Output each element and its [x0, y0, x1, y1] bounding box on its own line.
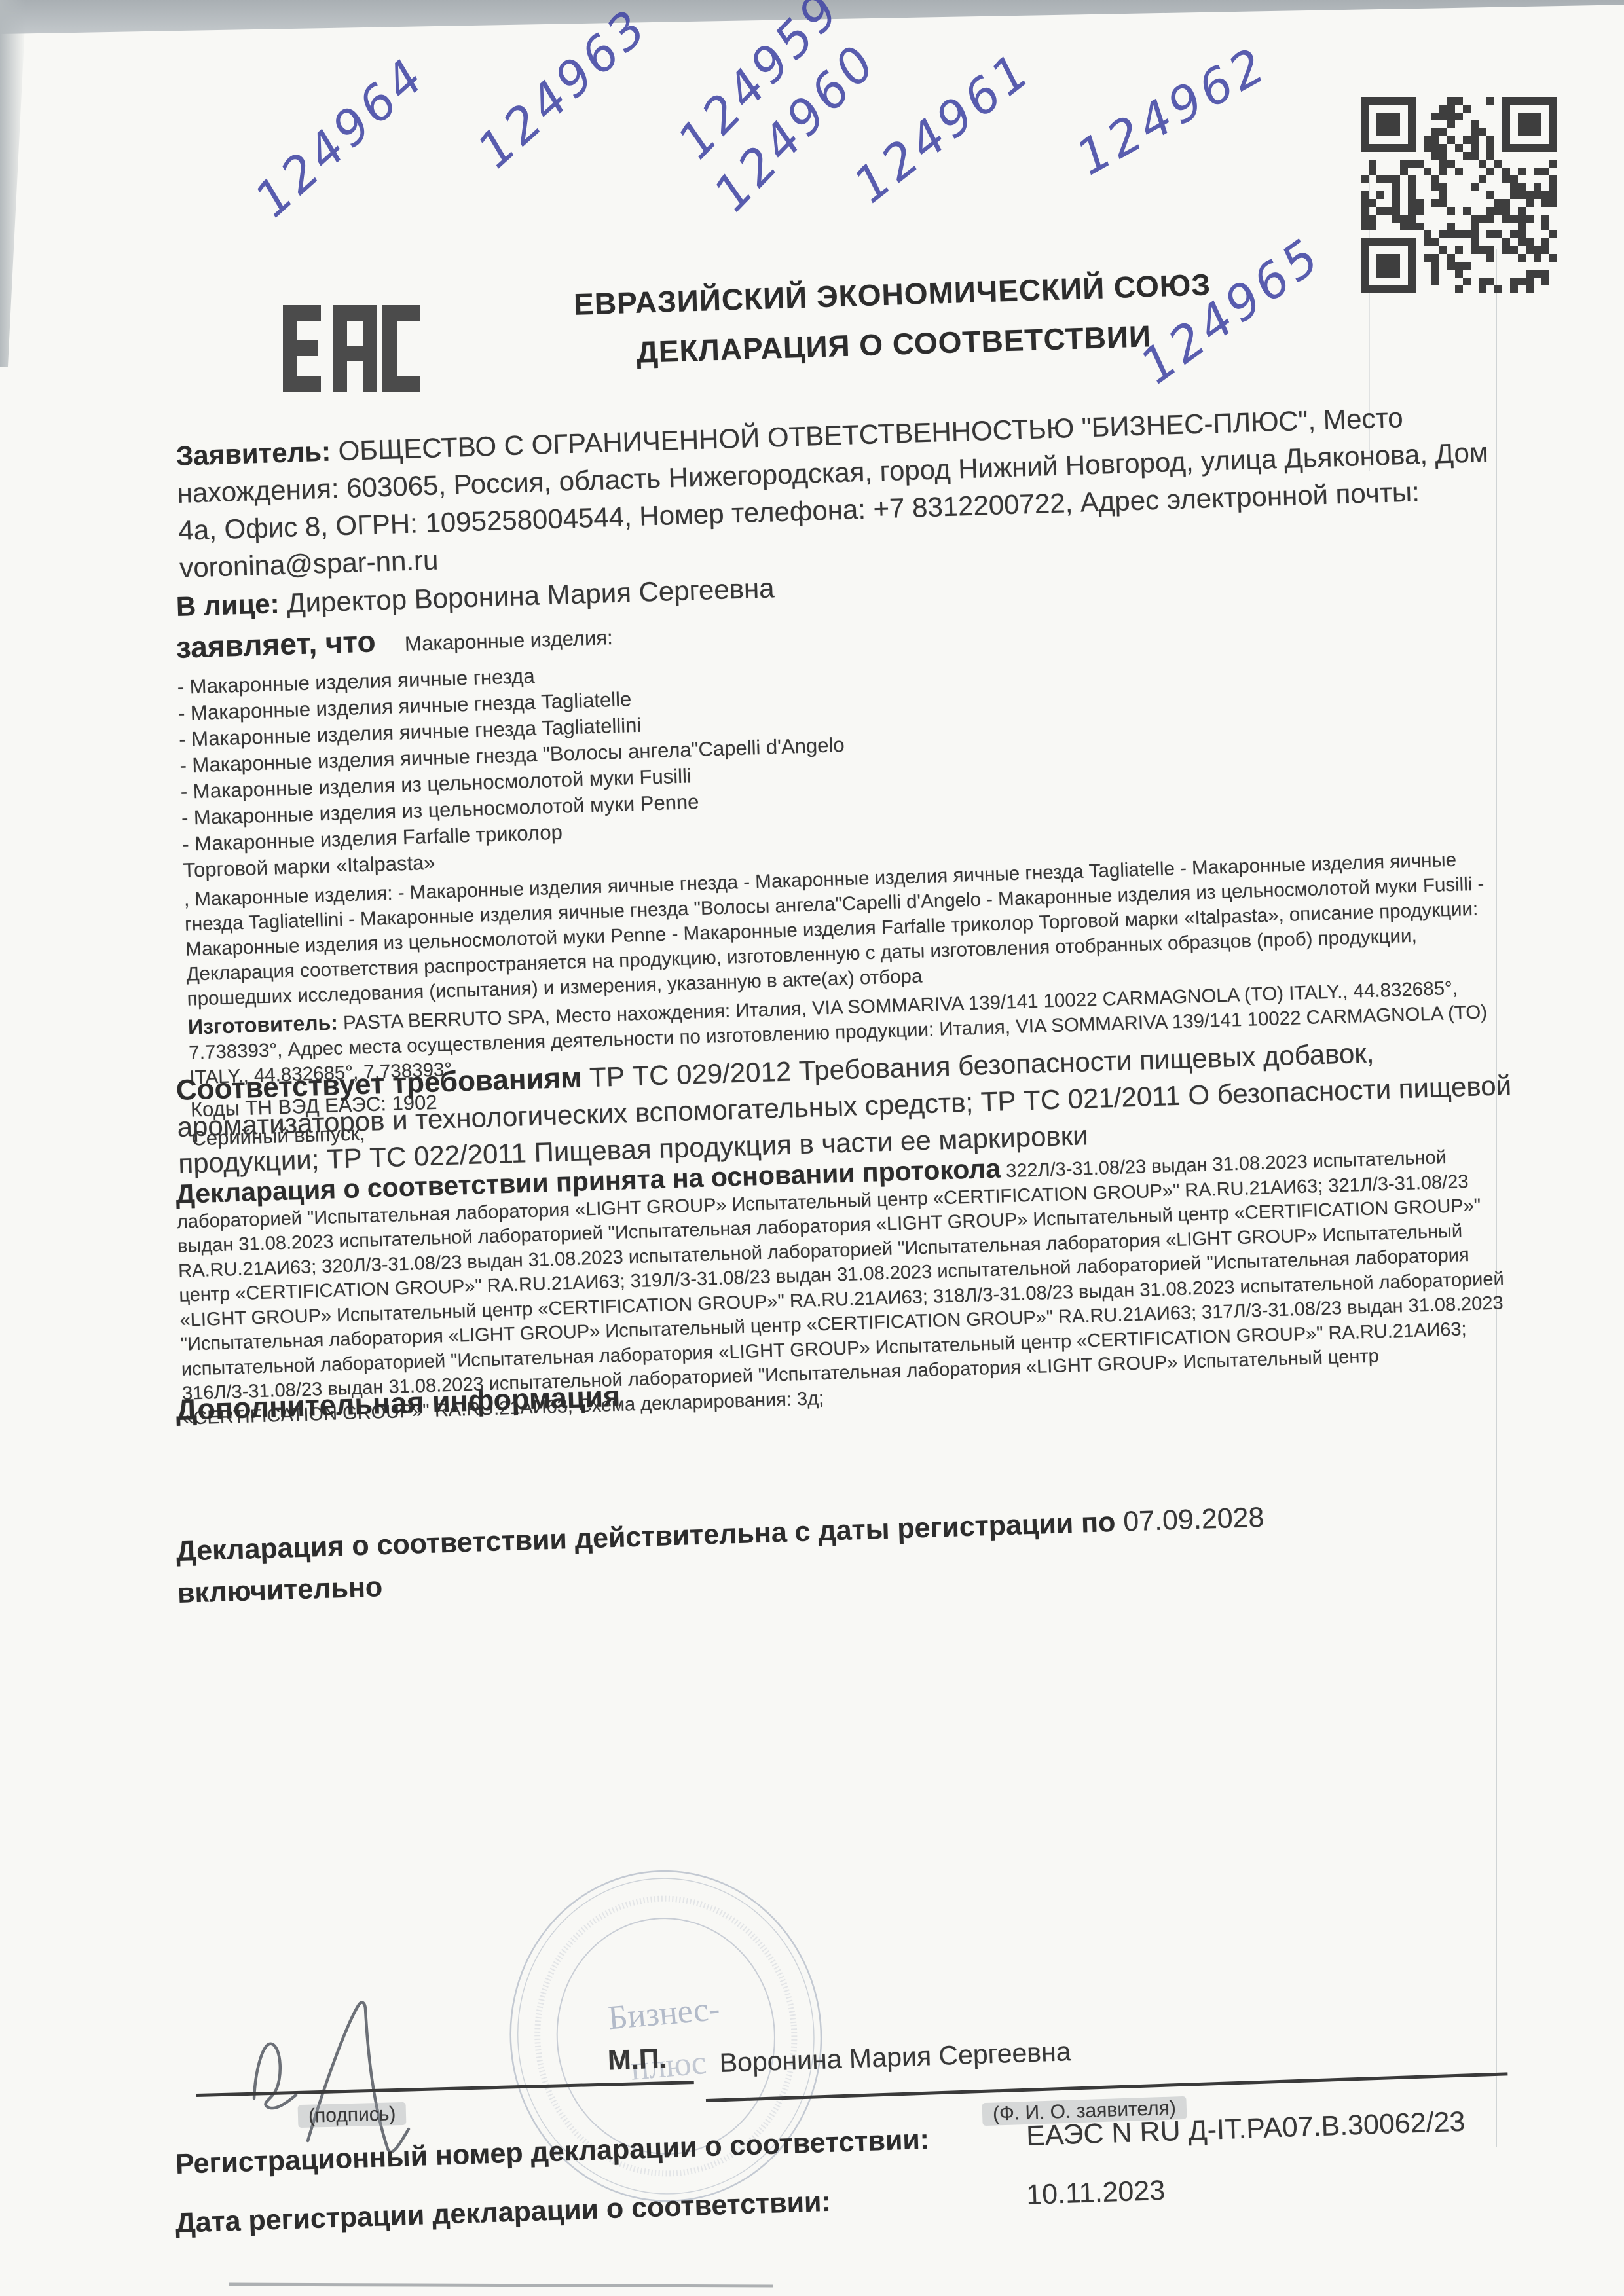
mp-seal-label: М.П.: [607, 2043, 667, 2077]
in-person-label: В лице:: [175, 588, 280, 622]
manufacturer-label: Изготовитель:: [188, 1011, 339, 1039]
document-header: ЕВРАЗИЙСКИЙ ЭКОНОМИЧЕСКИЙ СОЮЗ ДЕКЛАРАЦИ…: [571, 266, 1215, 372]
validity-paragraph: Декларация о соответствии действительна …: [175, 1496, 1278, 1614]
eac-logo-icon: [280, 302, 423, 394]
declares-label: заявляет, что: [175, 624, 376, 665]
scan-bottom-artifact: [229, 2283, 773, 2288]
scanned-declaration-page: 124964 124963 124959 124960 124961 12496…: [0, 0, 1624, 2296]
signature-caption-text: (подпись): [298, 2102, 407, 2128]
registration-date-value: 10.11.2023: [1025, 2175, 1166, 2212]
declares-intro: Макаронные изделия:: [405, 626, 614, 655]
handwritten-number: 124964: [244, 46, 437, 228]
validity-date: 07.09.2028: [1123, 1502, 1265, 1538]
scanner-edge-left: [0, 0, 26, 367]
validity-lead: Декларация о соответствии действительна …: [175, 1506, 1116, 1567]
signature-caption: (подпись): [298, 2103, 407, 2128]
qr-code: [1361, 97, 1557, 293]
registration-date-label: Дата регистрации декларации о соответств…: [175, 2186, 831, 2239]
handwritten-number: 124963: [467, 0, 659, 179]
page-title: ДЕКЛАРАЦИЯ О СООТВЕТСТВИИ: [572, 316, 1215, 372]
applicant-label: Заявитель:: [175, 436, 331, 471]
handwritten-number: 124962: [1067, 36, 1277, 187]
validity-tail: включительно: [177, 1571, 383, 1609]
union-title: ЕВРАЗИЙСКИЙ ЭКОНОМИЧЕСКИЙ СОЮЗ: [571, 266, 1213, 322]
